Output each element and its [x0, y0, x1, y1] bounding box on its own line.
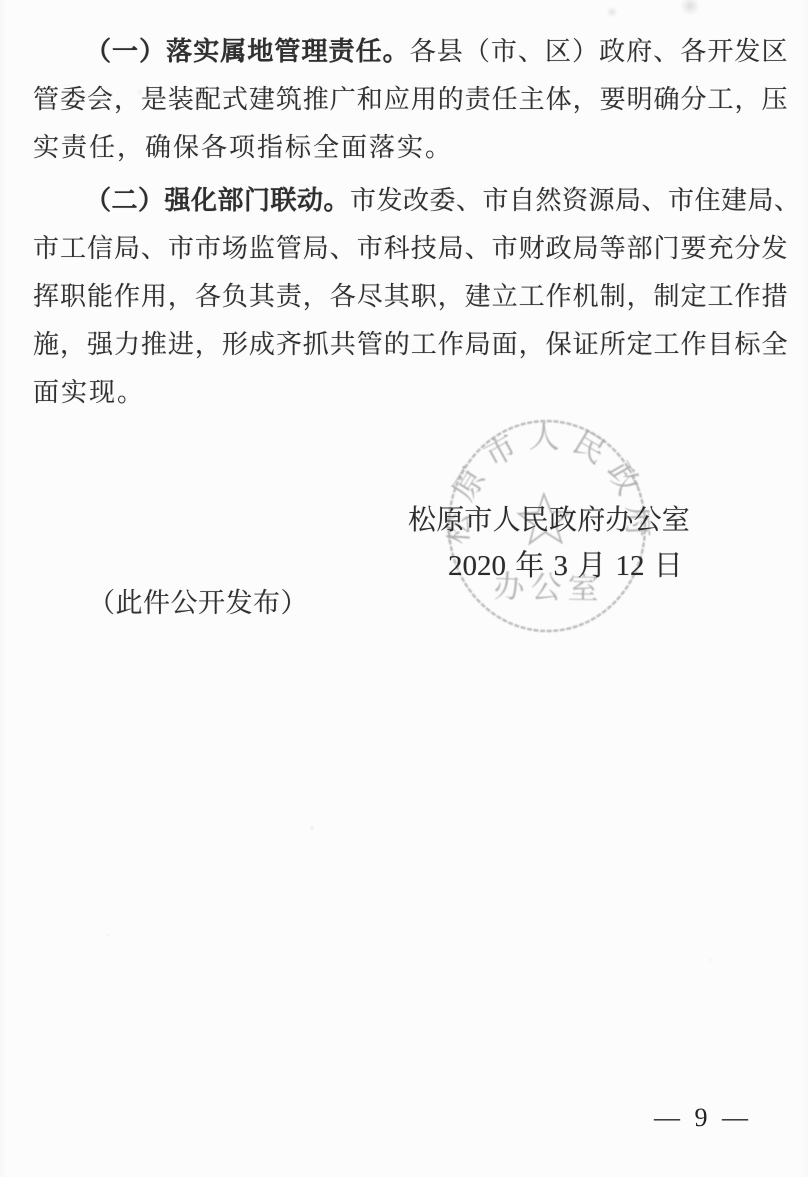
- signature-agency: 松原市人民政府办公室: [408, 504, 690, 538]
- clause-text: 各县（市、区）政府、各开发区: [410, 37, 788, 66]
- text-line: 施，强力推进，形成齐抓共管的工作局面，保证所定工作目标全: [33, 321, 788, 369]
- clause-text: 施，强力推进，形成齐抓共管的工作局面，保证所定工作目标全: [33, 330, 788, 359]
- document-body: （一）落实属地管理责任。各县（市、区）政府、各开发区管委会，是装配式建筑推广和应…: [33, 28, 788, 417]
- clause-text: 市发改委、市自然资源局、市住建局、: [350, 186, 801, 215]
- text-line: （一）落实属地管理责任。各县（市、区）政府、各开发区: [33, 28, 788, 76]
- clause-text: 市工信局、市市场监管局、市科技局、市财政局等部门要充分发: [33, 234, 788, 263]
- text-line: 挥职能作用，各负其责，各尽其职，建立工作机制，制定工作措: [33, 273, 788, 321]
- clause-text: 实责任，确保各项指标全面落实。: [33, 133, 453, 162]
- paragraph: （一）落实属地管理责任。各县（市、区）政府、各开发区管委会，是装配式建筑推广和应…: [33, 28, 788, 172]
- publish-note: （此件公开发布）: [88, 586, 308, 620]
- signature-date: 2020 年 3 月 12 日: [448, 549, 683, 583]
- clause-text: 挥职能作用，各负其责，各尽其职，建立工作机制，制定工作措: [33, 282, 788, 311]
- clause-text: 管委会，是装配式建筑推广和应用的责任主体，要明确分工，压: [33, 85, 788, 114]
- text-line: 面实现。: [33, 369, 788, 417]
- text-line: 管委会，是装配式建筑推广和应用的责任主体，要明确分工，压: [33, 76, 788, 124]
- text-line: 市工信局、市市场监管局、市科技局、市财政局等部门要充分发: [33, 225, 788, 273]
- page-number: — 9 —: [654, 1103, 752, 1133]
- clause-heading: （二）强化部门联动。: [85, 186, 350, 215]
- text-line: 实责任，确保各项指标全面落实。: [33, 124, 788, 172]
- clause-heading: （一）落实属地管理责任。: [85, 37, 410, 66]
- text-line: （二）强化部门联动。市发改委、市自然资源局、市住建局、: [33, 177, 788, 225]
- clause-text: 面实现。: [33, 378, 145, 407]
- paragraph: （二）强化部门联动。市发改委、市自然资源局、市住建局、市工信局、市市场监管局、市…: [33, 177, 788, 417]
- scanned-document-page: （一）落实属地管理责任。各县（市、区）政府、各开发区管委会，是装配式建筑推广和应…: [0, 0, 808, 1177]
